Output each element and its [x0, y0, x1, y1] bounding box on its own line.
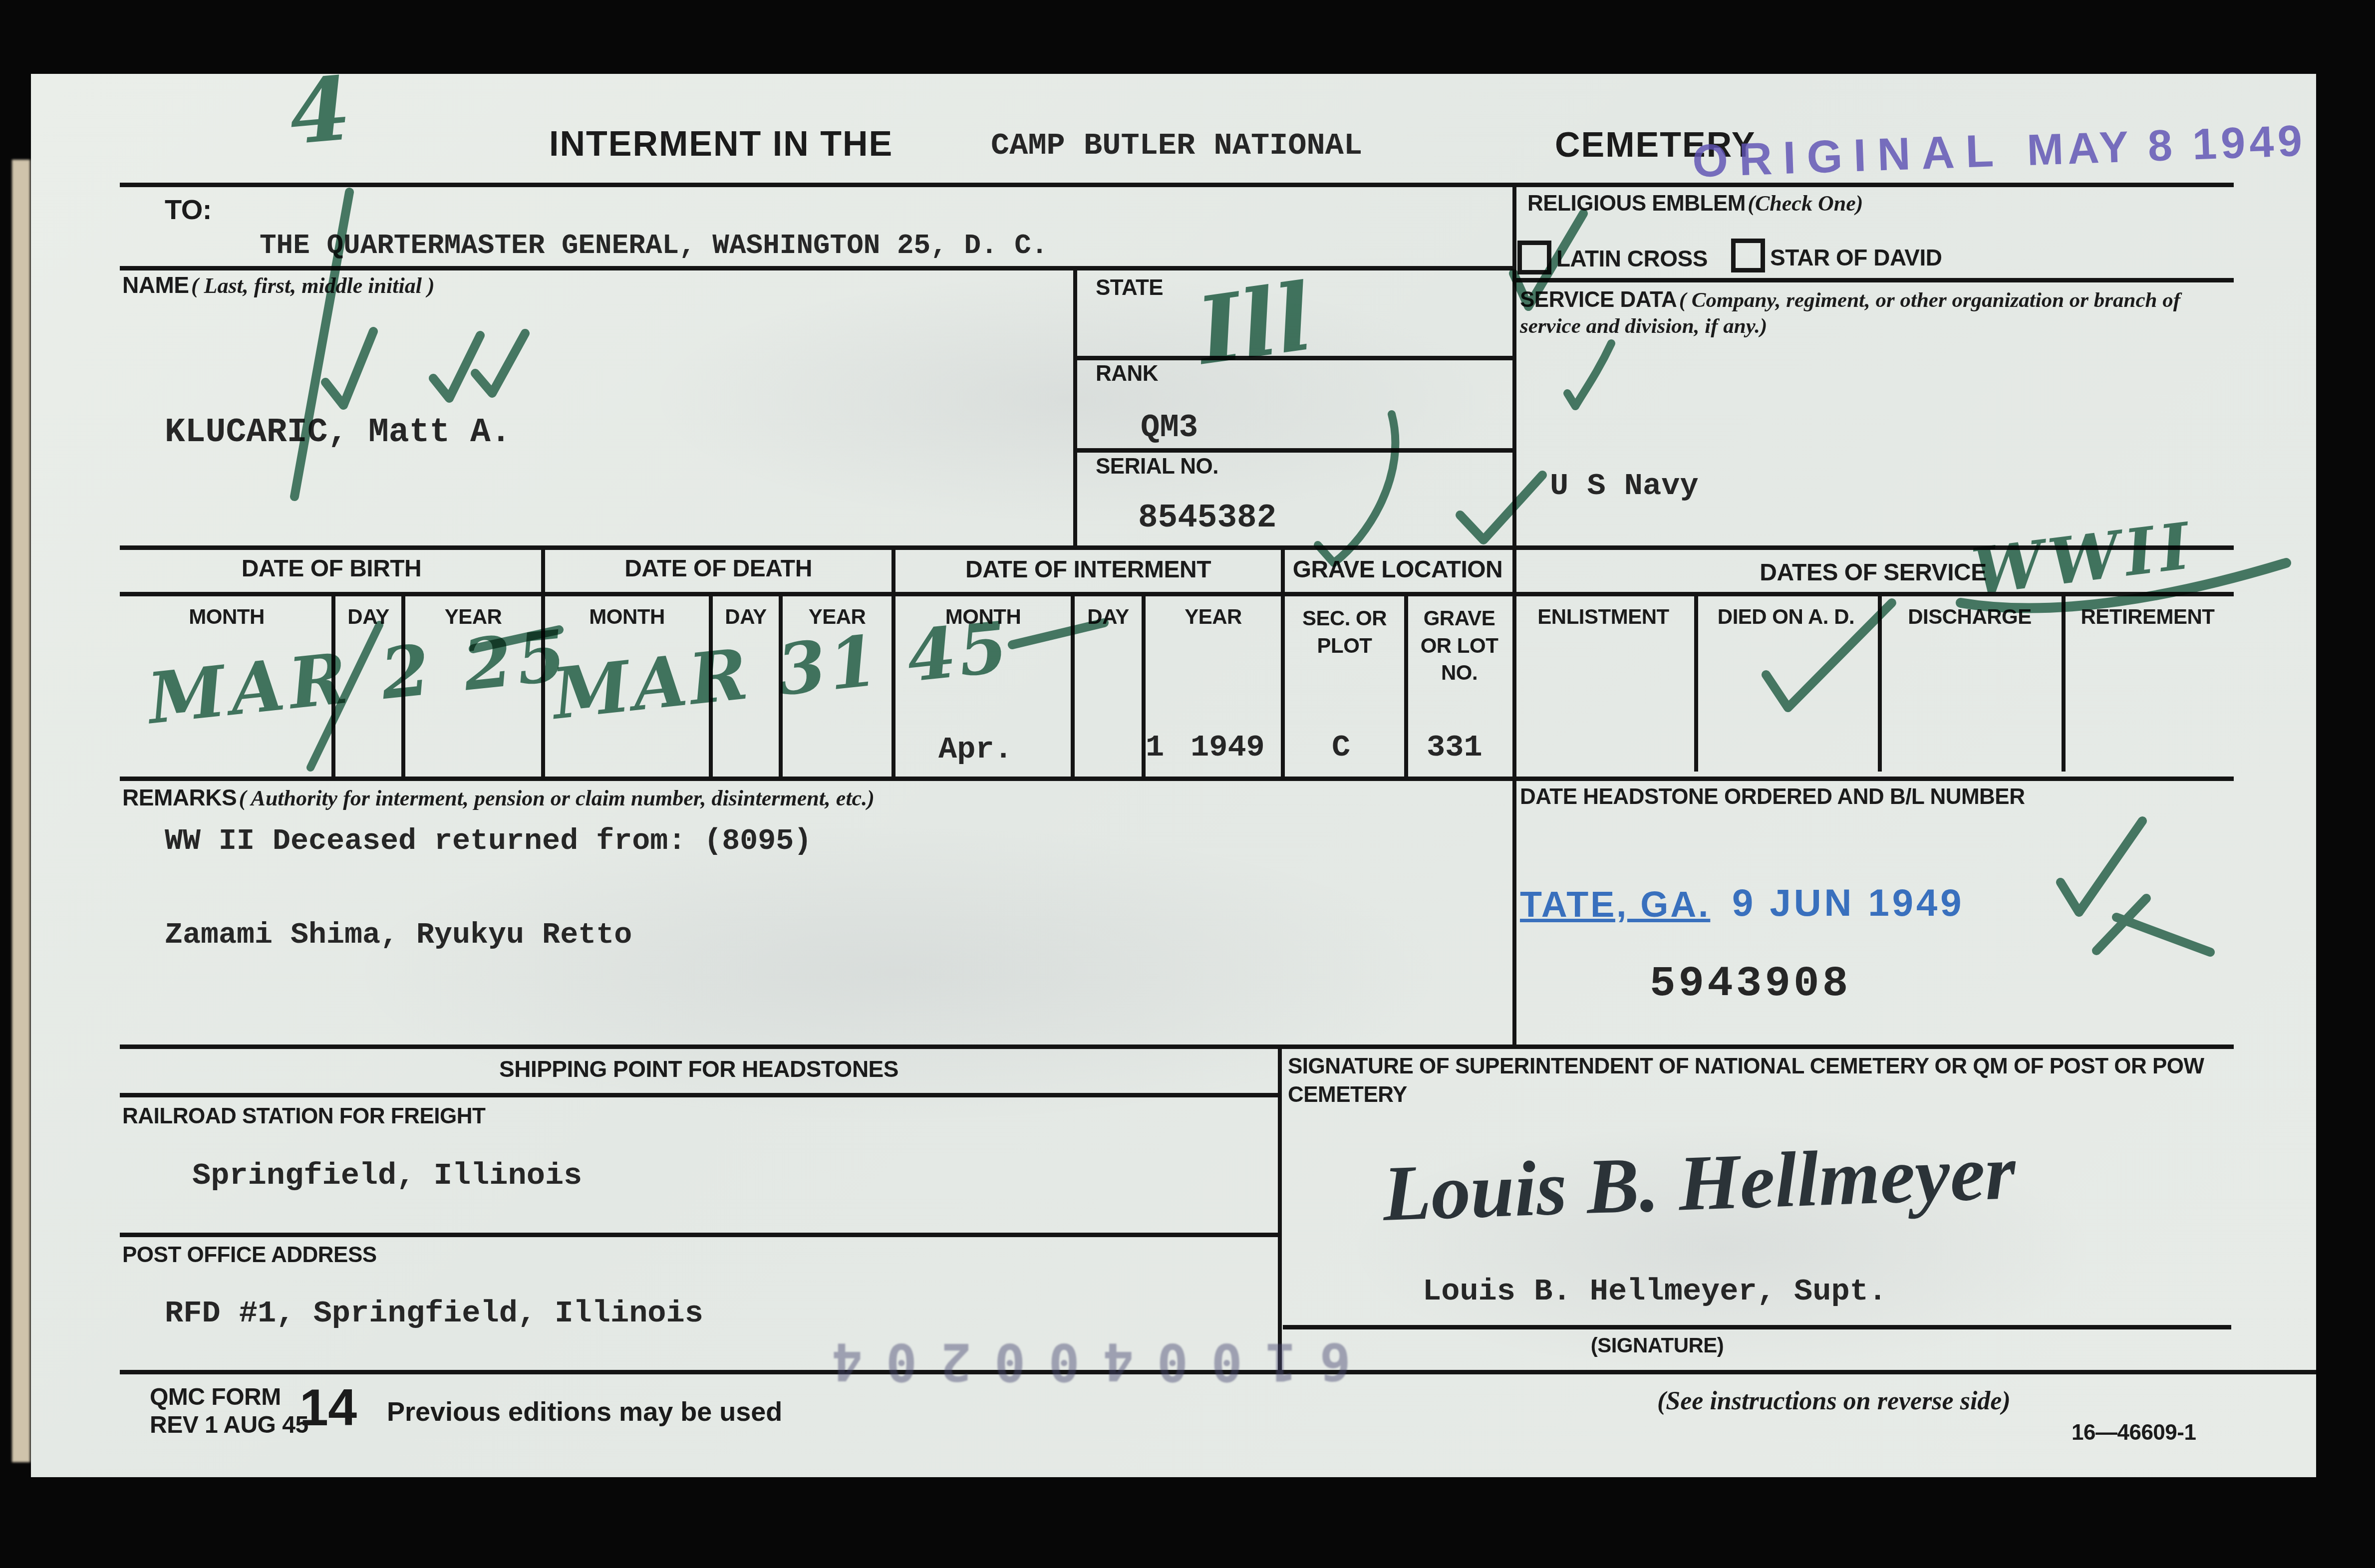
rule-under-dates-row: [120, 777, 2234, 781]
grave-lot-header: GRAVE OR LOT NO.: [1406, 605, 1512, 687]
interment-month-value: Apr.: [938, 732, 1013, 767]
rank-value: QM3: [1141, 410, 1198, 446]
received-stamp-date: MAY 8 1949: [2026, 115, 2307, 176]
interment-year-header: YEAR: [1144, 605, 1283, 629]
interment-day-header: DAY: [1073, 605, 1144, 629]
religious-emblem-label: RELIGIOUS EMBLEM: [1527, 191, 1746, 216]
signature-rule: [1283, 1325, 2231, 1329]
service-data-label: SERVICE DATA: [1520, 287, 1677, 312]
birth-title: DATE OF BIRTH: [120, 555, 543, 582]
serial-value: 8545382: [1138, 499, 1276, 536]
rule-under-name-row: [120, 545, 2234, 550]
headstone-stamp-location: TATE, GA.: [1520, 884, 1710, 925]
footer-note: Previous editions may be used: [387, 1396, 782, 1427]
grave-plot-value: C: [1332, 730, 1350, 765]
name-hint: ( Last, first, middle initial ): [191, 273, 435, 298]
form-title-prefix: INTERMENT IN THE: [549, 124, 893, 164]
rank-label: RANK: [1096, 361, 1158, 387]
to-addressee: THE QUARTERMASTER GENERAL, WASHINGTON 25…: [260, 230, 1048, 261]
death-title: DATE OF DEATH: [543, 555, 893, 582]
headstone-bl-number: 5943908: [1650, 959, 1851, 1008]
divider-interment-year: [1142, 592, 1146, 777]
remarks-hint: ( Authority for interment, pension or cl…: [239, 786, 875, 810]
rule-under-shipping-title: [120, 1093, 1278, 1097]
scanned-interment-card: INTERMENT IN THE CAMP BUTLER NATIONAL CE…: [0, 0, 2375, 1568]
remarks-line1: WW II Deceased returned from: (8095): [165, 824, 812, 858]
divider-name-state: [1073, 270, 1077, 545]
print-code: 16—46609-1: [2072, 1420, 2196, 1446]
form-name: QMC FORM: [150, 1383, 281, 1411]
divider-service-col2: [1878, 592, 1882, 772]
remarks-line2: Zamami Shima, Ryukyu Retto: [165, 918, 632, 952]
signature-typed: Louis B. Hellmeyer, Supt.: [1423, 1274, 1887, 1309]
name-value: KLUCARIC, Matt A.: [165, 413, 511, 452]
divider-interment-day: [1071, 592, 1075, 777]
divider-shipping-signature: [1278, 1045, 1282, 1370]
death-day-header: DAY: [711, 605, 781, 629]
interment-title: DATE OF INTERMENT: [893, 556, 1283, 583]
remarks-label-block: REMARKS ( Authority for interment, pensi…: [122, 784, 875, 811]
headstone-stamp-date: 9 JUN 1949: [1732, 881, 1965, 925]
railroad-value: Springfield, Illinois: [192, 1158, 582, 1193]
checkbox-star-of-david: [1731, 239, 1765, 272]
religious-emblem-hint: (Check One): [1748, 191, 1863, 216]
grave-plot-header: SEC. OR PLOT: [1287, 605, 1402, 659]
star-of-david-label: STAR OF DAVID: [1770, 245, 1942, 271]
divider-service-col3: [2062, 592, 2066, 772]
signature-caption: (SIGNATURE): [1283, 1333, 2032, 1357]
headstone-label: DATE HEADSTONE ORDERED AND B/L NUMBER: [1520, 784, 2219, 810]
birth-month-header: MONTH: [120, 605, 333, 629]
ghost-stamp-number: 6100400204: [809, 1331, 1351, 1392]
latin-cross-label: LATIN CROSS: [1556, 246, 1708, 272]
post-office-label: POST OFFICE ADDRESS: [122, 1243, 377, 1268]
retirement-header: RETIREMENT: [2062, 605, 2234, 629]
died-on-ad-header: DIED ON A. D.: [1694, 605, 1878, 629]
death-month-header: MONTH: [543, 605, 711, 629]
birth-day-header: DAY: [333, 605, 403, 629]
name-label: NAME: [122, 272, 189, 298]
divider-service-col1: [1694, 592, 1698, 772]
grave-title: GRAVE LOCATION: [1283, 556, 1512, 583]
rule-under-title: [120, 183, 2234, 187]
enlistment-header: ENLISTMENT: [1512, 605, 1694, 629]
remarks-label: REMARKS: [122, 784, 237, 810]
handwritten-state: Ill: [1191, 262, 1318, 385]
reverse-side-note: (See instructions on reverse side): [1657, 1386, 2011, 1416]
rule-under-religious: [1512, 278, 2234, 282]
handwritten-case-number: 4: [285, 57, 354, 165]
interment-day-value: 1: [1146, 730, 1164, 765]
serial-label: SERIAL NO.: [1096, 454, 1218, 480]
form-number: 14: [299, 1378, 357, 1438]
grave-lot-value: 331: [1427, 730, 1483, 765]
discharge-header: DISCHARGE: [1878, 605, 2062, 629]
rule-under-date-titles: [120, 592, 2234, 596]
rule-under-remarks-row: [120, 1045, 2234, 1049]
scanner-edge-strip: [12, 160, 30, 1462]
divider-interment-grave: [1281, 545, 1285, 777]
religious-emblem-block: RELIGIOUS EMBLEM (Check One): [1527, 191, 2226, 217]
service-data-block: SERVICE DATA ( Company, regiment, or oth…: [1520, 287, 2229, 339]
service-data-value: U S Navy: [1550, 468, 1699, 504]
railroad-label: RAILROAD STATION FOR FREIGHT: [122, 1104, 485, 1129]
shipping-title: SHIPPING POINT FOR HEADSTONES: [120, 1056, 1278, 1082]
to-label: TO:: [165, 194, 212, 226]
divider-grave-cols: [1404, 592, 1408, 777]
form-rev: REV 1 AUG 45: [150, 1411, 308, 1439]
signature-label: SIGNATURE OF SUPERINTENDENT OF NATIONAL …: [1288, 1052, 2221, 1109]
rule-railroad-post: [120, 1233, 1278, 1237]
state-label: STATE: [1096, 275, 1163, 301]
received-stamp-original: ORIGINAL: [1692, 125, 2006, 188]
post-office-value: RFD #1, Springfield, Illinois: [165, 1296, 703, 1331]
name-label-block: NAME ( Last, first, middle initial ): [122, 272, 435, 298]
cemetery-name-typed: CAMP BUTLER NATIONAL: [991, 128, 1362, 163]
rule-rank-serial: [1073, 448, 1512, 453]
interment-year-value: 1949: [1190, 730, 1265, 765]
checkbox-latin-cross: [1517, 241, 1551, 274]
